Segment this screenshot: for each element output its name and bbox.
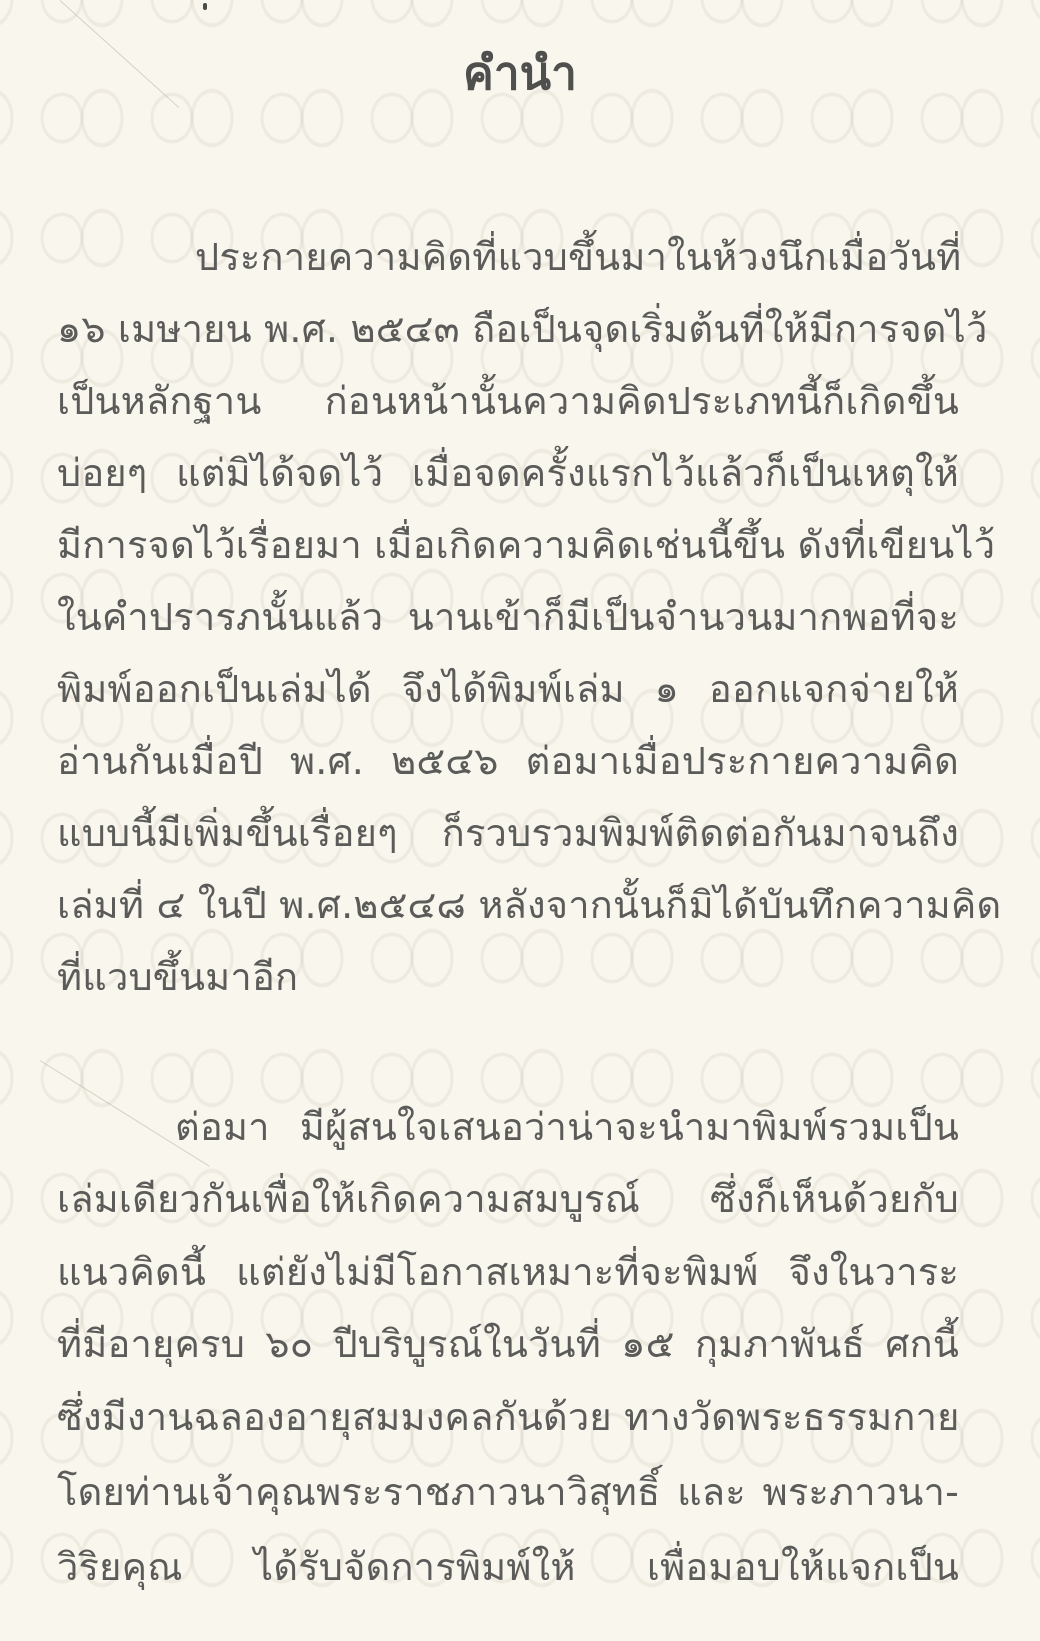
text-line: ประกายความคิดที่แวบขึ้นมาในห้วงนึกเมื่อว… — [57, 221, 959, 293]
document-body: ประกายความคิดที่แวบขึ้นมาในห้วงนึกเมื่อว… — [57, 0, 959, 1641]
text-line: เล่มที่ ๔ ในปี พ.ศ.๒๕๔๘ หลังจากนั้นก็มิไ… — [57, 869, 959, 941]
text-line: พิมพ์ออกเป็นเล่มได้ จึงได้พิมพ์เล่ม ๑ ออ… — [57, 653, 959, 725]
text-line: วิริยคุณ ได้รับจัดการพิมพ์ให้ เพื่อมอบให… — [57, 1531, 959, 1603]
text-line: ที่แวบขึ้นมาอีก — [57, 941, 959, 1013]
text-line: ในคำปรารภนั้นแล้ว นานเข้าก็มีเป็นจำนวนมา… — [57, 581, 959, 653]
text-line: โดยท่านเจ้าคุณพระราชภาวนาวิสุทธิ์ และ พร… — [57, 1456, 959, 1528]
text-line: แบบนี้มีเพิ่มขึ้นเรื่อยๆ ก็รวบรวมพิมพ์ติ… — [57, 797, 959, 869]
text-line: ๑๖ เมษายน พ.ศ. ๒๕๔๓ ถือเป็นจุดเริ่มต้นที… — [57, 293, 959, 365]
text-line: อ่านกันเมื่อปี พ.ศ. ๒๕๔๖ ต่อมาเมื่อประกา… — [57, 725, 959, 797]
text-line: ต่อมา มีผู้สนใจเสนอว่าน่าจะนำมาพิมพ์รวมเ… — [57, 1091, 959, 1163]
text-line: แนวคิดนี้ แต่ยังไม่มีโอกาสเหมาะที่จะพิมพ… — [57, 1236, 959, 1308]
text-line: เป็นหลักฐาน ก่อนหน้านั้นความคิดประเภทนี้… — [57, 365, 959, 437]
text-line: ซึ่งมีงานฉลองอายุสมมงคลกันด้วย ทางวัดพระ… — [57, 1381, 959, 1453]
text-line: บ่อยๆ แต่มิได้จดไว้ เมื่อจดครั้งแรกไว้แล… — [57, 437, 959, 509]
text-line: มีการจดไว้เรื่อยมา เมื่อเกิดความคิดเช่นน… — [57, 509, 959, 581]
text-line: ที่มีอายุครบ ๖๐ ปีบริบูรณ์ในวันที่ ๑๕ กุ… — [57, 1308, 959, 1380]
text-line: เล่มเดียวกันเพื่อให้เกิดความสมบูรณ์ ซึ่ง… — [57, 1163, 959, 1235]
